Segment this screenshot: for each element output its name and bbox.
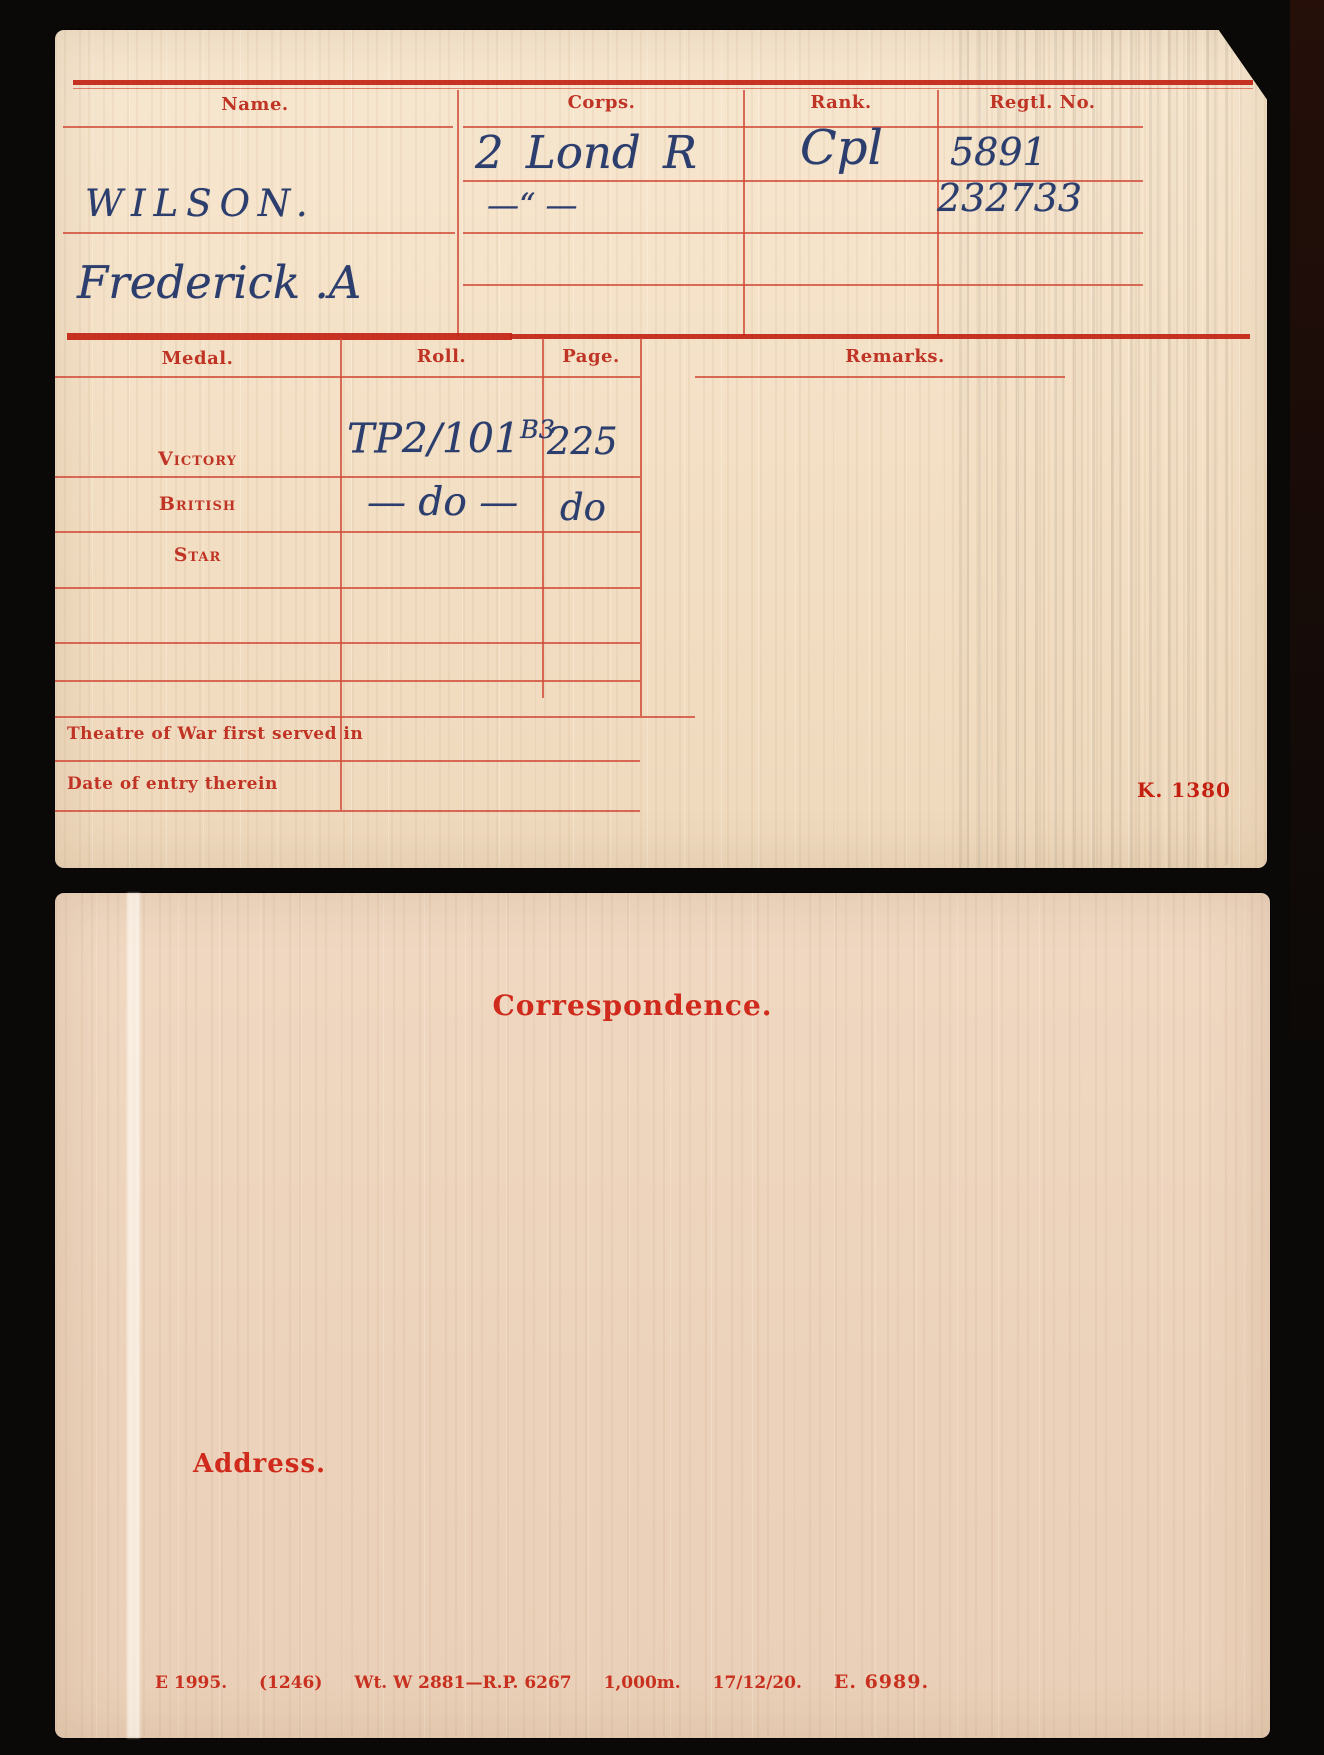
print-code-6: E. 6989. [834, 1671, 929, 1693]
line-british-row [55, 531, 640, 533]
handwritten-surname: WILSON. [85, 182, 316, 225]
header-remarks: Remarks. [645, 346, 1145, 367]
line-star-row [55, 587, 640, 589]
header-rank: Rank. [745, 92, 937, 113]
line-blank-row-2 [55, 680, 640, 682]
rule-mid-left [67, 333, 512, 340]
rule-top-thin [73, 88, 1253, 89]
divider-name-corps [457, 90, 459, 336]
handwritten-page-victory: 225 [547, 420, 618, 463]
handwritten-roll-victory: TP2/101B3 [347, 414, 555, 463]
label-date-of-entry: Date of entry therein [67, 774, 278, 794]
header-medal: Medal. [55, 348, 340, 369]
line-under-name-header [63, 126, 453, 128]
label-victory-medal: Victory [55, 448, 340, 470]
medal-index-card-front: Name. Corps. Rank. Regtl. No. WILSON. Fr… [55, 30, 1267, 868]
print-code-1: E 1995. [155, 1673, 227, 1693]
correspondence-title: Correspondence. [25, 989, 1240, 1022]
line-theatre-row [55, 760, 640, 762]
line-date-row [55, 810, 640, 812]
line-under-surname [63, 232, 455, 234]
rule-top [73, 80, 1253, 85]
roll-victory-main: TP2/101 [347, 415, 520, 463]
header-name: Name. [55, 94, 455, 115]
line-blank-row-1 [55, 642, 640, 644]
scan-corner-shadow [1218, 29, 1268, 101]
line-medal-header [55, 376, 640, 378]
label-theatre-of-war: Theatre of War first served in [67, 724, 363, 744]
handwritten-corps: 2 Lond R [475, 126, 697, 179]
line-victory-row [55, 476, 640, 478]
line-row-3 [463, 284, 1143, 286]
print-code-line: E 1995. (1246) Wt. W 2881—R.P. 6267 1,00… [155, 1671, 929, 1693]
handwritten-page-british: do [560, 486, 606, 529]
address-label: Address. [193, 1449, 326, 1479]
header-page: Page. [543, 346, 639, 367]
medal-index-card-back: Correspondence. Address. E 1995. (1246) … [55, 893, 1270, 1738]
divider-page-remarks [640, 338, 642, 716]
handwritten-forename: Frederick .A [77, 256, 361, 309]
header-regtl-no: Regtl. No. [940, 92, 1145, 113]
print-code-4: 1,000m. [604, 1673, 681, 1693]
print-code-3: Wt. W 2881—R.P. 6267 [354, 1673, 571, 1693]
label-british-medal: British [55, 493, 340, 515]
header-roll: Roll. [343, 346, 540, 367]
handwritten-rank: Cpl [800, 120, 883, 176]
print-code-2: (1246) [259, 1673, 322, 1693]
line-remarks-header [695, 376, 1065, 378]
line-row-2 [463, 232, 1143, 234]
divider-roll-page [542, 338, 544, 698]
form-code: K. 1380 [1137, 778, 1231, 802]
rule-mid-right [510, 334, 1250, 339]
handwritten-regtl-no-2: 232733 [937, 176, 1082, 220]
label-star-medal: Star [55, 544, 340, 566]
header-corps: Corps. [460, 92, 743, 113]
handwritten-regtl-no-1: 5891 [950, 130, 1047, 174]
print-code-5: 17/12/20. [713, 1673, 802, 1693]
handwritten-corps-ditto: —“ — [487, 186, 578, 224]
line-blank-row-3 [55, 716, 695, 718]
handwritten-roll-british: — do — [367, 480, 518, 525]
